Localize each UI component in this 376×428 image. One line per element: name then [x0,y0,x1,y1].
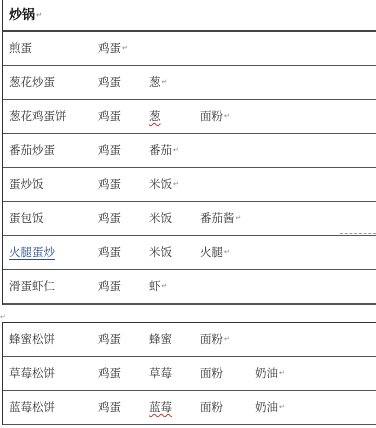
ingredient: 鸡蛋 [98,236,121,269]
ingredient: 鸡蛋 [98,168,121,201]
table-row: 蜂蜜松饼 鸡蛋 蜂蜜 面粉 [3,323,376,357]
table-row: 番茄炒蛋 鸡蛋 番茄 [3,134,376,168]
ingredient: 鸡蛋 [98,357,121,390]
ingredient: 鸡蛋 [98,32,128,65]
dish-name: 葱花鸡蛋饼 [9,100,67,133]
ingredient: 面粉 [200,391,223,424]
ingredient: 鸡蛋 [98,323,121,356]
table-row: 煎蛋 鸡蛋 [3,32,376,66]
table-heading-row: 炒锅 [3,0,376,32]
table-row: 蓝莓松饼 鸡蛋 蓝莓 面粉 奶油 [3,391,376,425]
ingredient: 草莓 [149,357,172,390]
table-row: 葱花鸡蛋饼 鸡蛋 葱 面粉 [3,100,376,134]
ingredient: 面粉 [200,357,223,390]
ingredient: 蜂蜜 [149,323,172,356]
dish-name: 煎蛋 [9,32,32,65]
table-border-fragment [340,233,376,234]
dish-name: 蜂蜜松饼 [9,323,55,356]
table-row: 滑蛋虾仁 鸡蛋 虾 [3,270,376,305]
table-row: 火腿蛋炒 鸡蛋 米饭 火腿 [3,236,376,270]
table-row: 蛋炒饭 鸡蛋 米饭 [3,168,376,202]
dish-name: 滑蛋虾仁 [9,270,55,303]
ingredient: 葱 [149,66,167,99]
table-row: 草莓松饼 鸡蛋 草莓 面粉 奶油 [3,357,376,391]
ingredient-spellcheck: 葱 [149,100,161,133]
ingredient: 番茄 [149,134,179,167]
ingredient: 米饭 [149,236,172,269]
ingredient: 面粉 [200,100,230,133]
dish-name-link[interactable]: 火腿蛋炒 [9,236,55,269]
ingredient: 鸡蛋 [98,270,121,303]
ingredient-spellcheck: 蓝莓 [149,391,172,424]
dish-name: 蓝莓松饼 [9,391,55,424]
ingredient: 鸡蛋 [98,100,121,133]
ingredient: 鸡蛋 [98,202,121,235]
ingredient: 米饭 [149,168,179,201]
cookware-table-pancake: 蜂蜜松饼 鸡蛋 蜂蜜 面粉 草莓松饼 鸡蛋 草莓 面粉 奶油 蓝莓松饼 鸡蛋 蓝… [2,322,376,425]
table-row: 葱花炒蛋 鸡蛋 葱 [3,66,376,100]
dish-name: 葱花炒蛋 [9,66,55,99]
ingredient: 番茄酱 [200,202,241,235]
ingredient: 奶油 [255,391,285,424]
dish-name-text: 葱花鸡蛋饼 [9,109,67,123]
ingredient: 奶油 [255,357,285,390]
ingredient: 虾 [149,270,167,303]
dish-name: 蛋炒饭 [9,168,44,201]
table-heading: 炒锅 [9,0,42,31]
paragraph-mark-icon: ↵ [0,313,6,321]
table-row: 蛋包饭 鸡蛋 米饭 番茄酱 [3,202,376,236]
ingredient: 鸡蛋 [98,391,121,424]
dish-name: 番茄炒蛋 [9,134,55,167]
ingredient: 火腿 [200,236,230,269]
cookware-table-wok: 炒锅 煎蛋 鸡蛋 葱花炒蛋 鸡蛋 葱 葱花鸡蛋饼 鸡蛋 葱 面粉 番茄炒蛋 鸡蛋… [2,0,376,305]
ingredient: 鸡蛋 [98,66,121,99]
ingredient: 米饭 [149,202,172,235]
ingredient: 面粉 [200,323,230,356]
dish-name: 草莓松饼 [9,357,55,390]
dish-name: 蛋包饭 [9,202,44,235]
ingredient: 鸡蛋 [98,134,121,167]
